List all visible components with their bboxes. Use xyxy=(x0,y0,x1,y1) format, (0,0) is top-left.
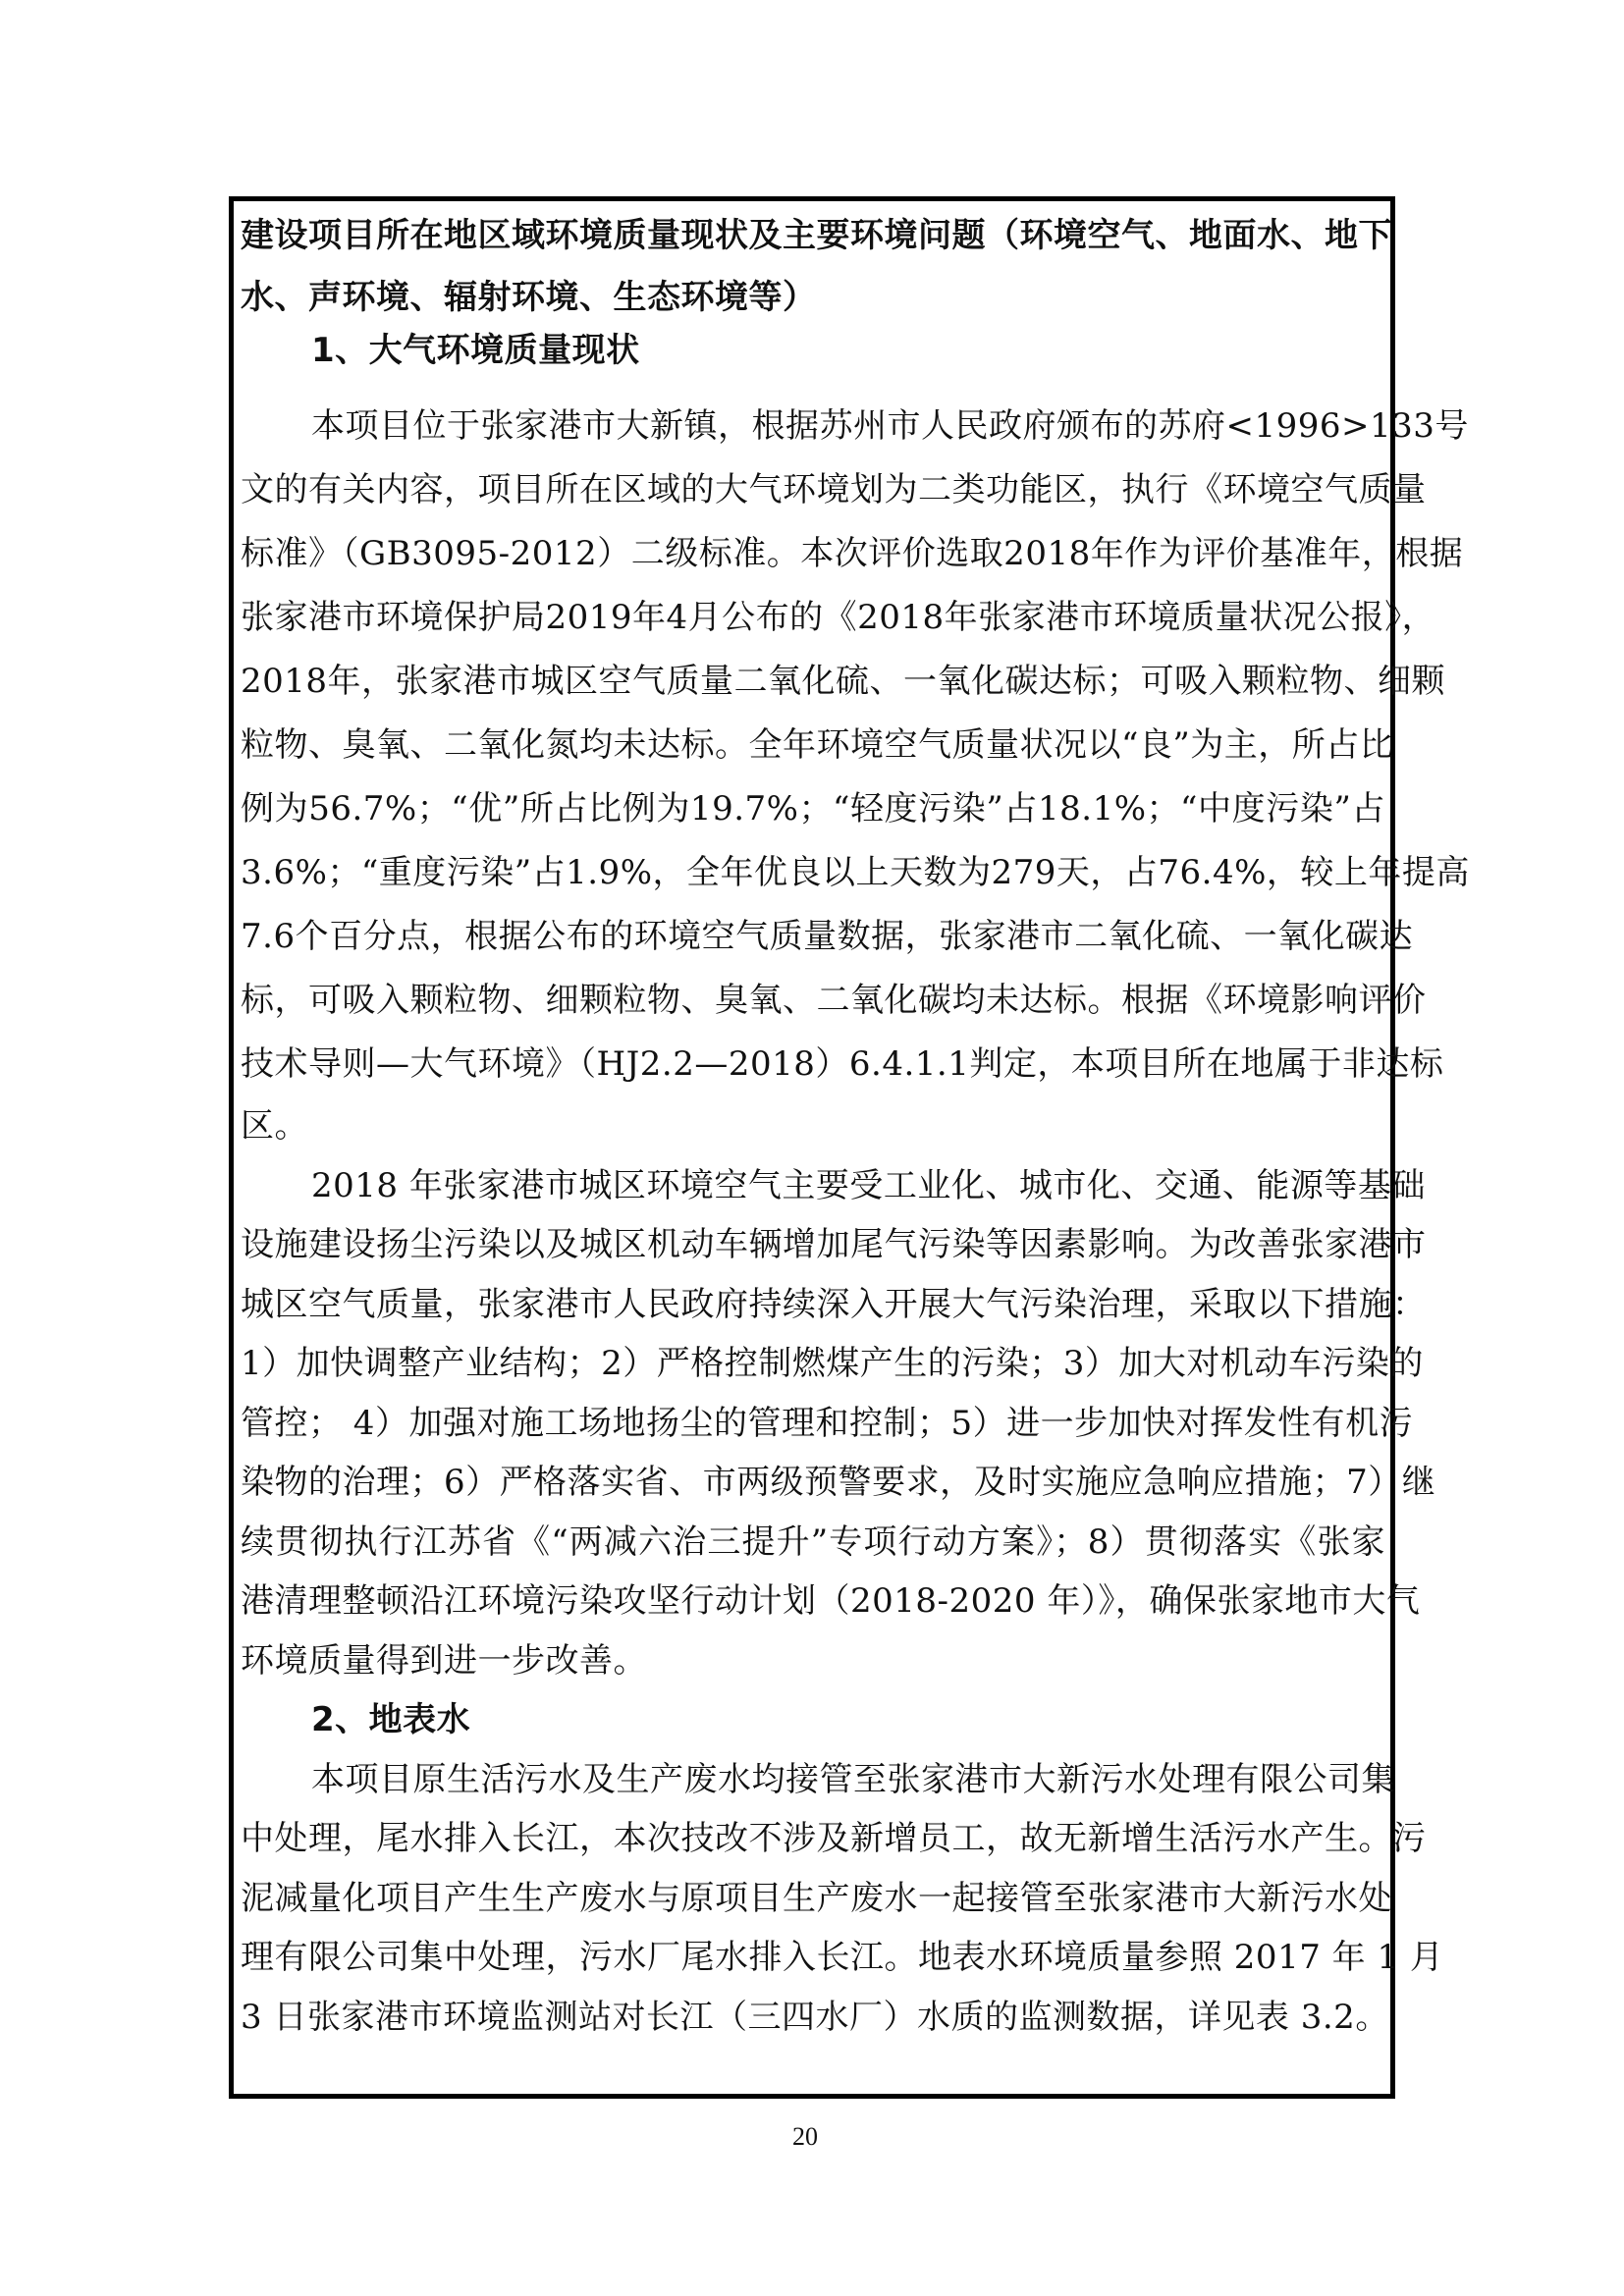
paragraph-line: 染物的治理；6）严格落实省、市两级预警要求，及时实施应急响应措施；7）继 xyxy=(241,1458,1385,1507)
section-title-surface-water: 2、地表水 xyxy=(241,1695,1385,1744)
paragraph-line: 城区空气质量，张家港市人民政府持续深入开展大气污染治理，采取以下措施： xyxy=(241,1280,1385,1329)
paragraph-line: 设施建设扬尘污染以及城区机动车辆增加尾气污染等因素影响。为改善张家港市 xyxy=(241,1220,1385,1269)
paragraph-line: 本项目原生活污水及生产废水均接管至张家港市大新污水处理有限公司集 xyxy=(241,1755,1385,1804)
paragraph-line: 管控； 4）加强对施工场地扬尘的管理和控制；5）进一步加快对挥发性有机污 xyxy=(241,1399,1385,1448)
paragraph-line: 粒物、臭氧、二氧化氮均未达标。全年环境空气质量状况以“良”为主，所占比 xyxy=(241,721,1385,770)
section-title-air-quality: 1、大气环境质量现状 xyxy=(241,326,1385,375)
paragraph-line: 续贯彻执行江苏省《“两减六治三提升”专项行动方案》；8）贯彻落实《张家 xyxy=(241,1518,1385,1567)
paragraph-line: 标，可吸入颗粒物、细颗粒物、臭氧、二氧化碳均未达标。根据《环境影响评价 xyxy=(241,976,1385,1025)
paragraph-line: 理有限公司集中处理，污水厂尾水排入长江。地表水环境质量参照 2017 年 1 月 xyxy=(241,1933,1385,1982)
paragraph-line: 泥减量化项目产生生产废水与原项目生产废水一起接管至张家港市大新污水处 xyxy=(241,1874,1385,1923)
paragraph-line: 中处理，尾水排入长江，本次技改不涉及新增员工，故无新增生活污水产生。污 xyxy=(241,1814,1385,1863)
paragraph-line: 3 日张家港市环境监测站对长江（三四水厂）水质的监测数据，详见表 3.2。 xyxy=(241,1993,1385,2042)
paragraph-line: 2018 年张家港市城区环境空气主要受工业化、城市化、交通、能源等基础 xyxy=(241,1161,1385,1210)
paragraph-line: 张家港市环境保护局2019年4月公布的《2018年张家港市环境质量状况公报》， xyxy=(241,593,1385,642)
page-number: 20 xyxy=(785,2122,825,2152)
paragraph-line: 3.6%；“重度污染”占1.9%，全年优良以上天数为279天，占76.4%，较上… xyxy=(241,848,1385,897)
paragraph-line: 文的有关内容，项目所在区域的大气环境划为二类功能区，执行《环境空气质量 xyxy=(241,465,1385,514)
heading-line-1: 建设项目所在地区域环境质量现状及主要环境问题（环境空气、地面水、地下 xyxy=(241,211,1385,260)
paragraph-line: 2018年，张家港市城区空气质量二氧化硫、一氧化碳达标；可吸入颗粒物、细颗 xyxy=(241,657,1385,706)
heading-line-2: 水、声环境、辐射环境、生态环境等） xyxy=(241,273,1385,322)
paragraph-line: 1）加快调整产业结构；2）严格控制燃煤产生的污染；3）加大对机动车污染的 xyxy=(241,1339,1385,1388)
paragraph-line: 例为56.7%；“优”所占比例为19.7%；“轻度污染”占18.1%；“中度污染… xyxy=(241,784,1385,833)
paragraph-line: 环境质量得到进一步改善。 xyxy=(241,1636,1385,1685)
paragraph-line: 技术导则—大气环境》（HJ2.2—2018）6.4.1.1判定，本项目所在地属于… xyxy=(241,1040,1385,1089)
paragraph-line: 7.6个百分点，根据公布的环境空气质量数据，张家港市二氧化硫、一氧化碳达 xyxy=(241,912,1385,961)
paragraph-line: 港清理整顿沿江环境污染攻坚行动计划（2018-2020 年）》，确保张家地市大气 xyxy=(241,1576,1385,1626)
paragraph-line: 区。 xyxy=(241,1101,1385,1150)
paragraph-line: 标准》（GB3095-2012）二级标准。本次评价选取2018年作为评价基准年，… xyxy=(241,529,1385,578)
paragraph-line: 本项目位于张家港市大新镇，根据苏州市人民政府颁布的苏府<1996>133号 xyxy=(241,401,1385,451)
